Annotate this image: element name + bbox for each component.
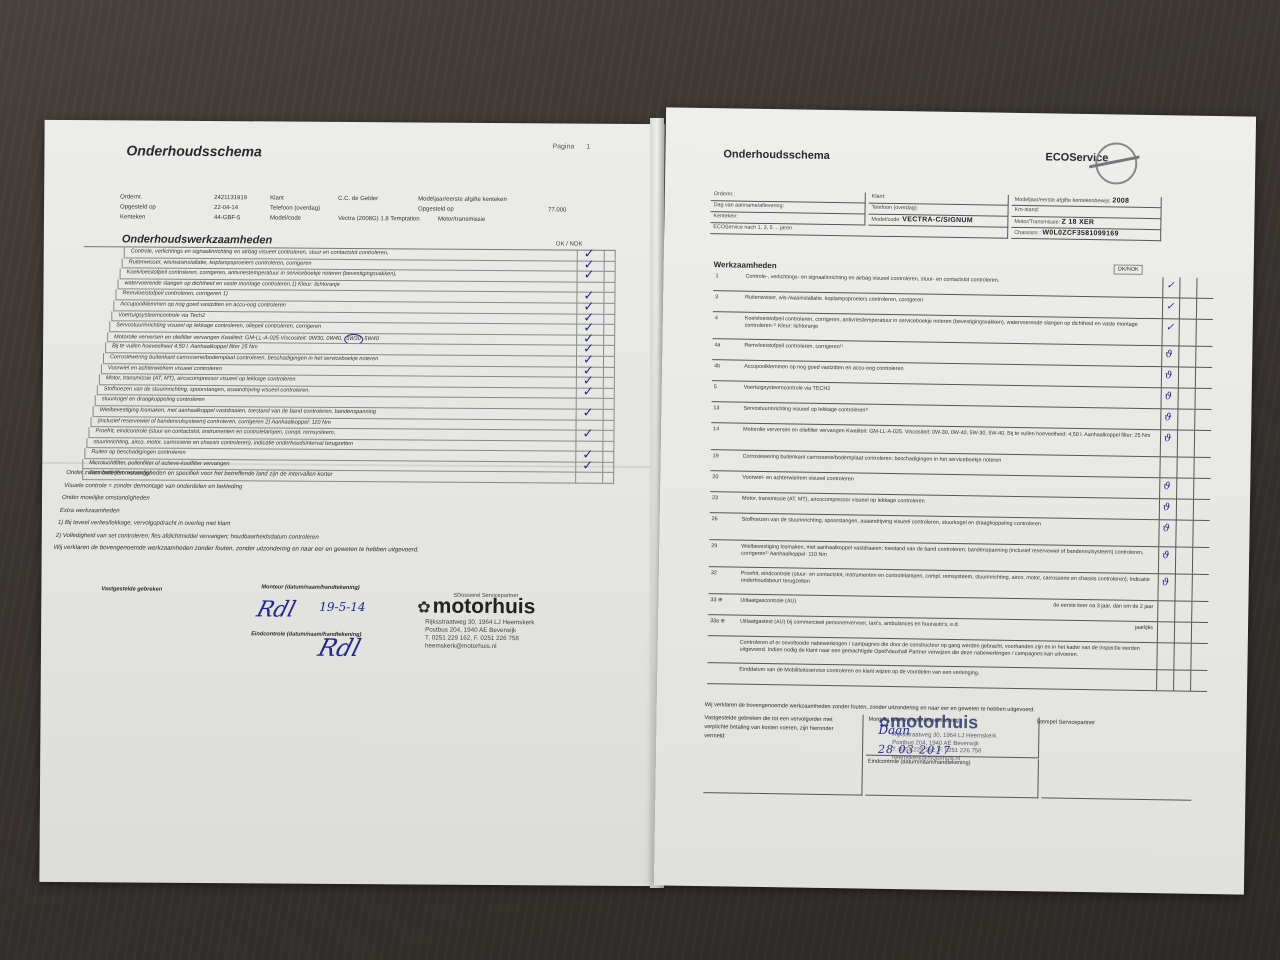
- item-number: 5: [712, 381, 744, 402]
- ok-checkbox: [1159, 457, 1176, 477]
- item-number: 33 ⊕: [708, 594, 740, 615]
- ok-checkbox: ✓: [1161, 319, 1178, 345]
- nok-checkbox: [1195, 347, 1212, 367]
- nok-checkbox: [1192, 548, 1209, 574]
- item-number: 32: [709, 567, 741, 593]
- item-number: [707, 636, 739, 662]
- defects-label: Vastgestelde gebreken: [101, 586, 162, 592]
- handwritten-check-icon: ϑ: [1164, 433, 1171, 444]
- item-number: 1: [713, 270, 745, 291]
- ok-checkbox: ϑ: [1159, 499, 1176, 519]
- nok-checkbox: [1177, 388, 1194, 408]
- nok-checkbox: [1175, 547, 1192, 573]
- item-interval: jaarlijks: [1113, 621, 1157, 642]
- opel-logo-icon: [1095, 142, 1138, 185]
- mechanic-signature: Rdl: [254, 597, 299, 622]
- nok-checkbox: [1176, 478, 1193, 498]
- mileage: 77.000: [548, 207, 608, 213]
- ok-nok-header: OK/NOK: [1114, 264, 1143, 274]
- nok-checkbox: [1178, 319, 1195, 345]
- nok-checkbox: [1194, 431, 1211, 457]
- nok-checkbox: [1179, 277, 1196, 297]
- nok-checkbox: [604, 261, 616, 271]
- nok-checkbox: [602, 473, 614, 483]
- ok-checkbox: [1157, 601, 1174, 621]
- handwritten-check-icon: ✓: [1166, 301, 1175, 312]
- order-info: Ordernr. 2421131919 Klant C.C. de Gelder…: [120, 192, 620, 225]
- handwritten-check-icon: ✓: [1166, 280, 1175, 291]
- ok-checkbox: ✓: [576, 409, 603, 419]
- mechanic-label: Monteur (datum/naam/handtekening): [261, 584, 359, 591]
- ok-checkbox: ✓: [1162, 277, 1179, 297]
- nok-checkbox: [1190, 644, 1207, 670]
- item-number: 14: [711, 423, 743, 449]
- ok-checkbox: ϑ: [1161, 346, 1178, 366]
- nok-checkbox: [1177, 409, 1194, 429]
- right-ecoservice-document: Onderhoudsschema ECOService Ordernr.: Kl…: [654, 107, 1256, 894]
- nok-checkbox: [1193, 500, 1210, 520]
- handwritten-check-icon: ϑ: [1163, 523, 1170, 534]
- section-title: Onderhoudswerkzaamheden: [122, 233, 272, 246]
- vehicle-model: VECTRA-C/SIGNUM: [902, 216, 973, 224]
- notes: Onder zware bedrijfsomstandigheden en sp…: [56, 470, 333, 547]
- nok-checkbox: [1191, 623, 1208, 643]
- item-number: 20: [710, 471, 742, 492]
- nok-checkbox: [603, 293, 615, 303]
- ok-checkbox: ϑ: [1158, 547, 1175, 573]
- checkmark-icon: ✓: [582, 457, 593, 473]
- ok-checkbox: ✓: [577, 272, 604, 282]
- nok-checkbox: [603, 346, 615, 356]
- item-number: 19: [710, 450, 742, 471]
- mechanic-date: 19-5-14: [319, 600, 365, 614]
- maintenance-task-table: Controle, verlichtings en signaalinricht…: [82, 246, 616, 484]
- stamp-box: [1041, 717, 1192, 800]
- handwritten-check-icon: ϑ: [1162, 550, 1169, 561]
- final-check-signature: Rdl: [315, 634, 364, 662]
- item-interval: de eerste keer na 3 jaar, dan om de 2 ja…: [1013, 599, 1157, 621]
- section-title: Werkzaamheden: [714, 260, 777, 270]
- dealer-stamp: ✿motorhuis Rijksstraatweg 30, 1964 LJ He…: [417, 594, 535, 651]
- chassis-number: W0L0ZCF3581099169: [1042, 229, 1118, 237]
- nok-checkbox: [603, 325, 615, 335]
- nok-checkbox: [603, 378, 615, 388]
- nok-checkbox: [1178, 367, 1195, 387]
- checkmark-icon: ✓: [584, 267, 595, 283]
- license-plate: 44-GBF-5: [214, 215, 270, 221]
- nok-checkbox: [1192, 521, 1209, 547]
- nok-checkbox: [1174, 622, 1191, 642]
- nok-checkbox: [1179, 298, 1196, 318]
- nok-checkbox: [1177, 430, 1194, 456]
- ok-checkbox: ✓: [575, 462, 602, 472]
- nok-checkbox: [1174, 574, 1191, 600]
- item-number: 4b: [712, 360, 744, 381]
- nok-checkbox: [604, 251, 616, 261]
- nok-checkbox: [603, 314, 615, 324]
- ok-checkbox: [1157, 622, 1174, 642]
- handwritten-check-icon: ϑ: [1165, 370, 1172, 381]
- ok-checkbox: ϑ: [1158, 520, 1175, 546]
- document-title: Onderhoudsschema: [126, 142, 261, 159]
- nok-checkbox: [602, 431, 614, 441]
- engine-code: Z 18 XER: [1061, 219, 1094, 227]
- nok-checkbox: [1196, 299, 1213, 319]
- nok-checkbox: [603, 367, 615, 377]
- nok-checkbox: [1173, 670, 1190, 690]
- nok-checkbox: [1194, 410, 1211, 430]
- nok-checkbox: [603, 420, 615, 430]
- ok-checkbox: ϑ: [1160, 430, 1177, 456]
- model-year: 2008: [1112, 197, 1129, 204]
- mechanic-date: 28 03 2017: [878, 743, 951, 757]
- ok-checkbox: [1156, 643, 1173, 669]
- nok-checkbox: [1173, 643, 1190, 669]
- handwritten-check-icon: ϑ: [1165, 349, 1172, 360]
- ok-checkbox: ϑ: [1157, 574, 1174, 600]
- work-items-table: 1Controle-, verlichtings- en signaalinri…: [707, 270, 1213, 692]
- nok-checkbox: [603, 357, 615, 367]
- nok-checkbox: [604, 272, 616, 282]
- nok-checkbox: [602, 441, 614, 451]
- nok-checkbox: [1194, 389, 1211, 409]
- nok-checkbox: [603, 399, 615, 409]
- order-number: 2421131919: [214, 195, 270, 201]
- nok-checkbox: [602, 452, 614, 462]
- nok-checkbox: [1191, 602, 1208, 622]
- item-number: 33a ⊕: [708, 615, 740, 636]
- item-number: 4a: [712, 339, 744, 360]
- checkmark-icon: ✓: [583, 383, 594, 399]
- nok-checkbox: [603, 335, 615, 345]
- page-number: Pagina1: [552, 143, 590, 150]
- ok-checkbox: ϑ: [1160, 388, 1177, 408]
- item-number: 3: [713, 291, 745, 312]
- nok-checkbox: [1176, 499, 1193, 519]
- checkmark-icon: ✓: [583, 405, 594, 421]
- vehicle-info: Ordernr.: Klant: Modeljaar/eerste afgift…: [710, 190, 1171, 241]
- nok-checkbox: [1175, 520, 1192, 546]
- nok-checkbox: [1195, 320, 1212, 346]
- item-number: 29: [709, 540, 741, 566]
- nok-checkbox: [1190, 671, 1207, 691]
- mechanic-signature: Daan: [878, 723, 910, 737]
- nok-checkbox: [603, 304, 615, 314]
- nok-checkbox: [602, 463, 614, 473]
- document-title: Onderhoudsschema: [723, 148, 830, 162]
- item-number: 26: [709, 513, 741, 539]
- item-text: Uitlaatgascontrole (AU): [740, 595, 1013, 619]
- ok-checkbox: ϑ: [1161, 367, 1178, 387]
- nok-checkbox: [1191, 575, 1208, 601]
- item-number: 4: [713, 312, 745, 338]
- nok-checkbox: [1174, 601, 1191, 621]
- handwritten-check-icon: ϑ: [1164, 412, 1171, 423]
- ok-checkbox: ✓: [576, 388, 603, 398]
- nok-checkbox: [1178, 346, 1195, 366]
- vehicle-model: Vectra (2008G) 1.8 Temptation: [338, 216, 438, 223]
- ok-checkbox: ϑ: [1159, 478, 1176, 498]
- nok-checkbox: [603, 388, 615, 398]
- item-number: [707, 663, 739, 684]
- ok-checkbox: ✓: [1162, 298, 1179, 318]
- nok-checkbox: [1193, 458, 1210, 478]
- flower-logo-icon: ✿: [417, 599, 431, 616]
- declaration: Wij verklaren de bovengenoemde werkzaamh…: [54, 544, 419, 554]
- issue-date: 22-04-14: [214, 205, 270, 211]
- ok-nok-header: OK / NOK: [556, 241, 583, 247]
- handwritten-check-icon: ϑ: [1163, 481, 1170, 492]
- checkmark-icon: ✓: [582, 426, 593, 442]
- handwritten-check-icon: ϑ: [1162, 577, 1169, 588]
- left-maintenance-document: Onderhoudsschema Pagina1 Ordernr. 242113…: [39, 120, 664, 886]
- nok-checkbox: [1195, 368, 1212, 388]
- nok-checkbox: [1176, 457, 1193, 477]
- ok-checkbox: [1156, 670, 1173, 690]
- nok-checkbox: [1196, 278, 1213, 298]
- ok-checkbox: ϑ: [1160, 409, 1177, 429]
- handwritten-check-icon: ϑ: [1165, 391, 1172, 402]
- ok-checkbox: [575, 473, 602, 483]
- handwritten-check-icon: ✓: [1166, 322, 1175, 333]
- defects-box: [703, 712, 863, 795]
- nok-checkbox: [603, 283, 615, 293]
- nok-checkbox: [603, 410, 615, 420]
- nok-checkbox: [1193, 479, 1210, 499]
- item-number: 13: [711, 402, 743, 423]
- item-number: 23: [710, 492, 742, 513]
- ok-checkbox: ✓: [575, 431, 602, 441]
- customer-name: C.C. de Gelder: [338, 196, 418, 203]
- handwritten-check-icon: ϑ: [1163, 502, 1170, 513]
